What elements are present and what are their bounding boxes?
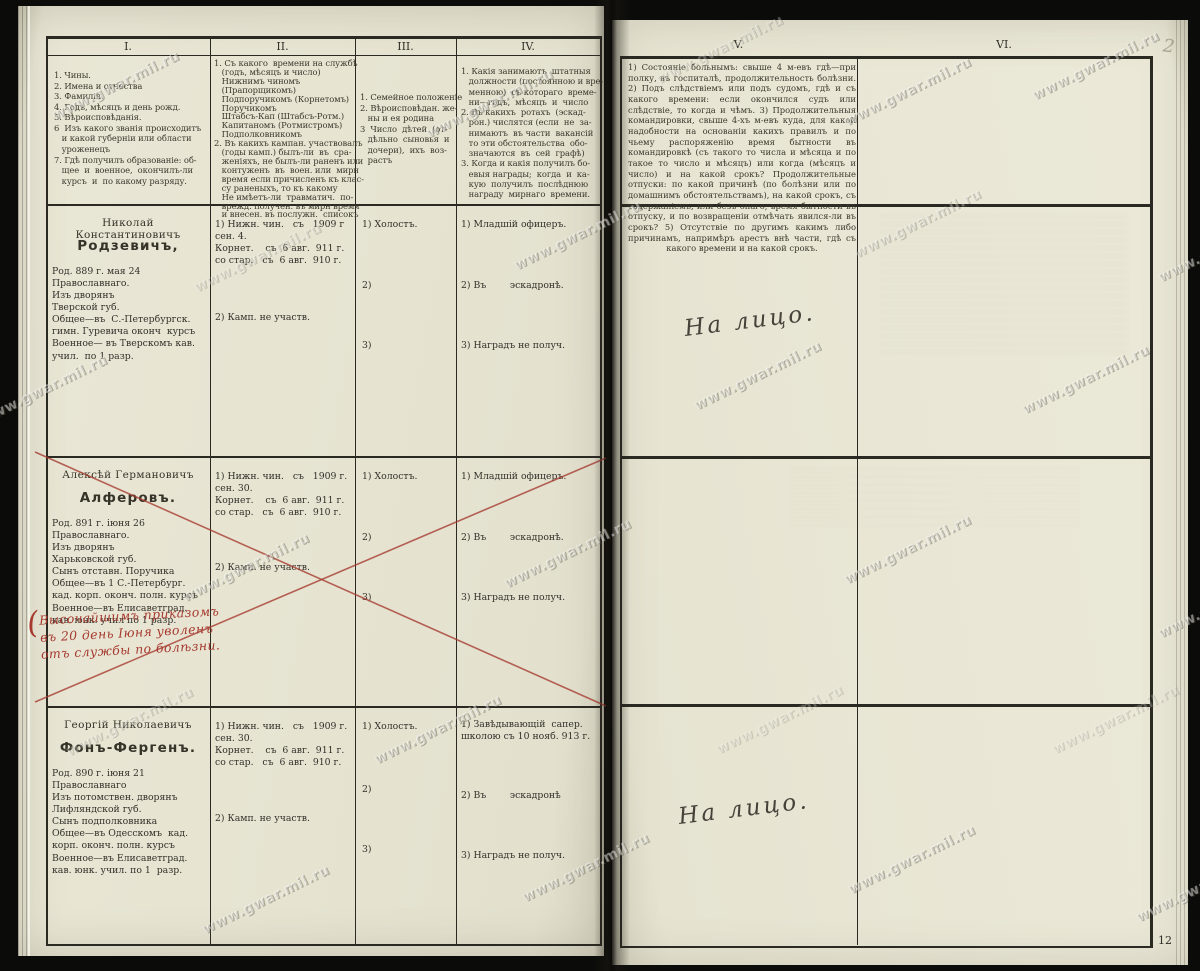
scanned-register-spread: I. II. III. IV. V. VI. 1. Чины. 2. Имена…	[0, 0, 1200, 971]
binding-gutter-shadow	[594, 0, 630, 971]
